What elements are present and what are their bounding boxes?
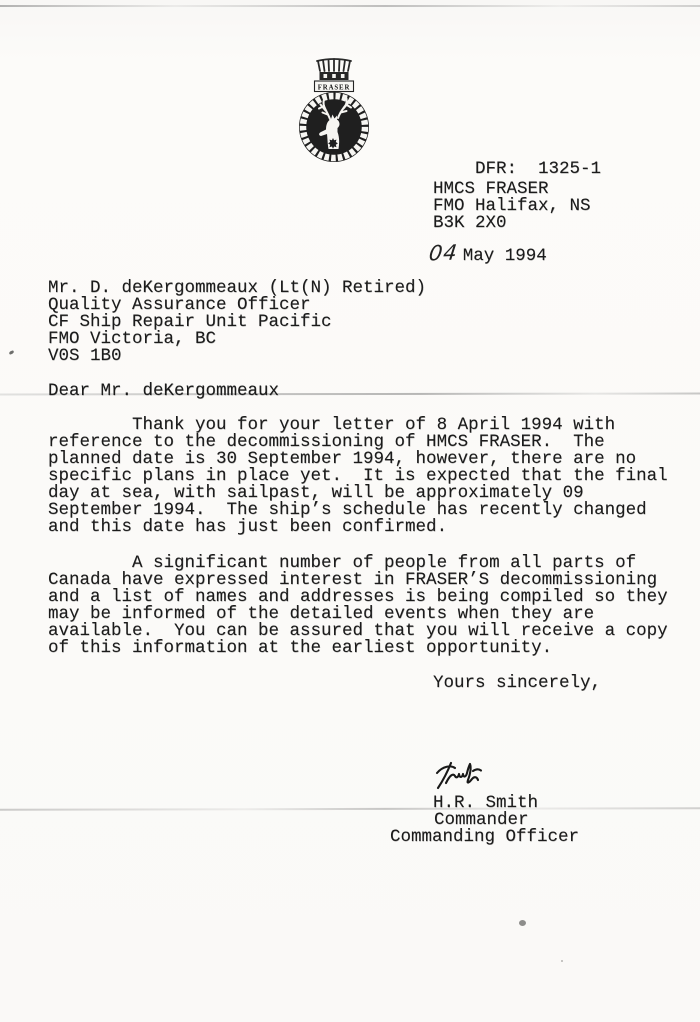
handwritten-date-day: 04 xyxy=(427,241,459,266)
signer-title: Commanding Officer xyxy=(390,829,579,846)
fold-crease-lower xyxy=(0,807,700,810)
date-line: 04 May 1994 xyxy=(429,241,547,266)
file-number-label: DFR: xyxy=(475,159,517,179)
recipient-address: Mr. D. deKergommeaux (Lt(N) Retired) Qua… xyxy=(48,280,426,365)
letter-page: FRASER DFR:1325-1 HMCS FRASER FMO Halifa… xyxy=(0,0,700,1022)
valediction: Yours sincerely, xyxy=(433,675,601,692)
ship-name-banner: FRASER xyxy=(315,81,354,92)
naval-crown-band xyxy=(320,72,349,80)
file-number-value: 1325-1 xyxy=(538,159,601,179)
scan-speck xyxy=(519,920,526,926)
ship-badge-graphic: FRASER xyxy=(296,57,372,165)
scan-speck-faint xyxy=(561,960,563,962)
body-paragraph-1: Thank you for your letter of 8 April 199… xyxy=(48,417,668,536)
margin-tick-mark xyxy=(9,350,15,355)
body-paragraph-2: A significant number of people from all … xyxy=(48,555,668,657)
ship-name-text: FRASER xyxy=(318,84,351,91)
salutation: Dear Mr. deKergommeaux xyxy=(48,383,279,400)
typed-date: May 1994 xyxy=(463,246,547,266)
sender-address: HMCS FRASER FMO Halifax, NS B3K 2X0 xyxy=(433,181,591,232)
naval-crown-icon xyxy=(317,59,351,71)
ship-badge: FRASER xyxy=(296,57,372,170)
fold-crease-top xyxy=(0,5,700,7)
